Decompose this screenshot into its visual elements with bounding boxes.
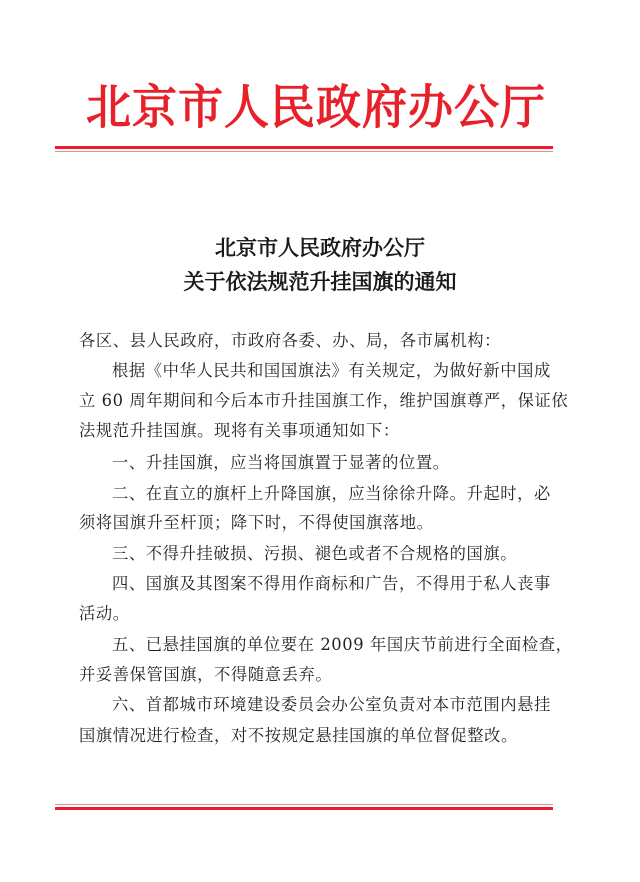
title-line-1: 北京市人民政府办公厅 — [0, 232, 640, 262]
footer-rule-thin — [55, 804, 553, 805]
letterhead-org-name: 北京市人民政府办公厅 — [86, 77, 526, 140]
intro-line: 立 60 周年期间和今后本市升挂国旗工作，维护国旗尊严，保证依 — [79, 390, 568, 412]
footer-rule-thick — [55, 807, 553, 810]
item-6-cont: 国旗情况进行检查，对不按规定悬挂国旗的单位督促整改。 — [79, 725, 518, 747]
item-4: 四、国旗及其图案不得用作商标和广告，不得用于私人丧事 — [112, 573, 551, 595]
letterhead-rule-thin — [55, 151, 553, 152]
item-1: 一、升挂国旗，应当将国旗置于显著的位置。 — [112, 452, 450, 474]
title-line-2: 关于依法规范升挂国旗的通知 — [0, 266, 640, 296]
item-5-cont: 并妥善保管国旗，不得随意丢弃。 — [79, 664, 332, 686]
intro-line: 法规范升挂国旗。现将有关事项通知如下： — [79, 420, 400, 442]
item-2: 二、在直立的旗杆上升降国旗，应当徐徐升降。升起时，必 — [112, 483, 551, 505]
item-3: 三、不得升挂破损、污损、褪色或者不合规格的国旗。 — [112, 543, 517, 565]
item-5: 五、已悬挂国旗的单位要在 2009 年国庆节前进行全面检查， — [112, 634, 573, 656]
addressee: 各区、县人民政府，市政府各委、办、局，各市属机构： — [79, 330, 501, 352]
intro-line: 根据《中华人民共和国国旗法》有关规定，为做好新中国成 — [112, 360, 551, 382]
item-2-cont: 须将国旗升至杆顶；降下时，不得使国旗落地。 — [79, 512, 434, 534]
item-6: 六、首都城市环境建设委员会办公室负责对本市范围内悬挂 — [112, 694, 551, 716]
letterhead-rule-thick — [55, 146, 553, 149]
item-4-cont: 活动。 — [79, 603, 130, 625]
